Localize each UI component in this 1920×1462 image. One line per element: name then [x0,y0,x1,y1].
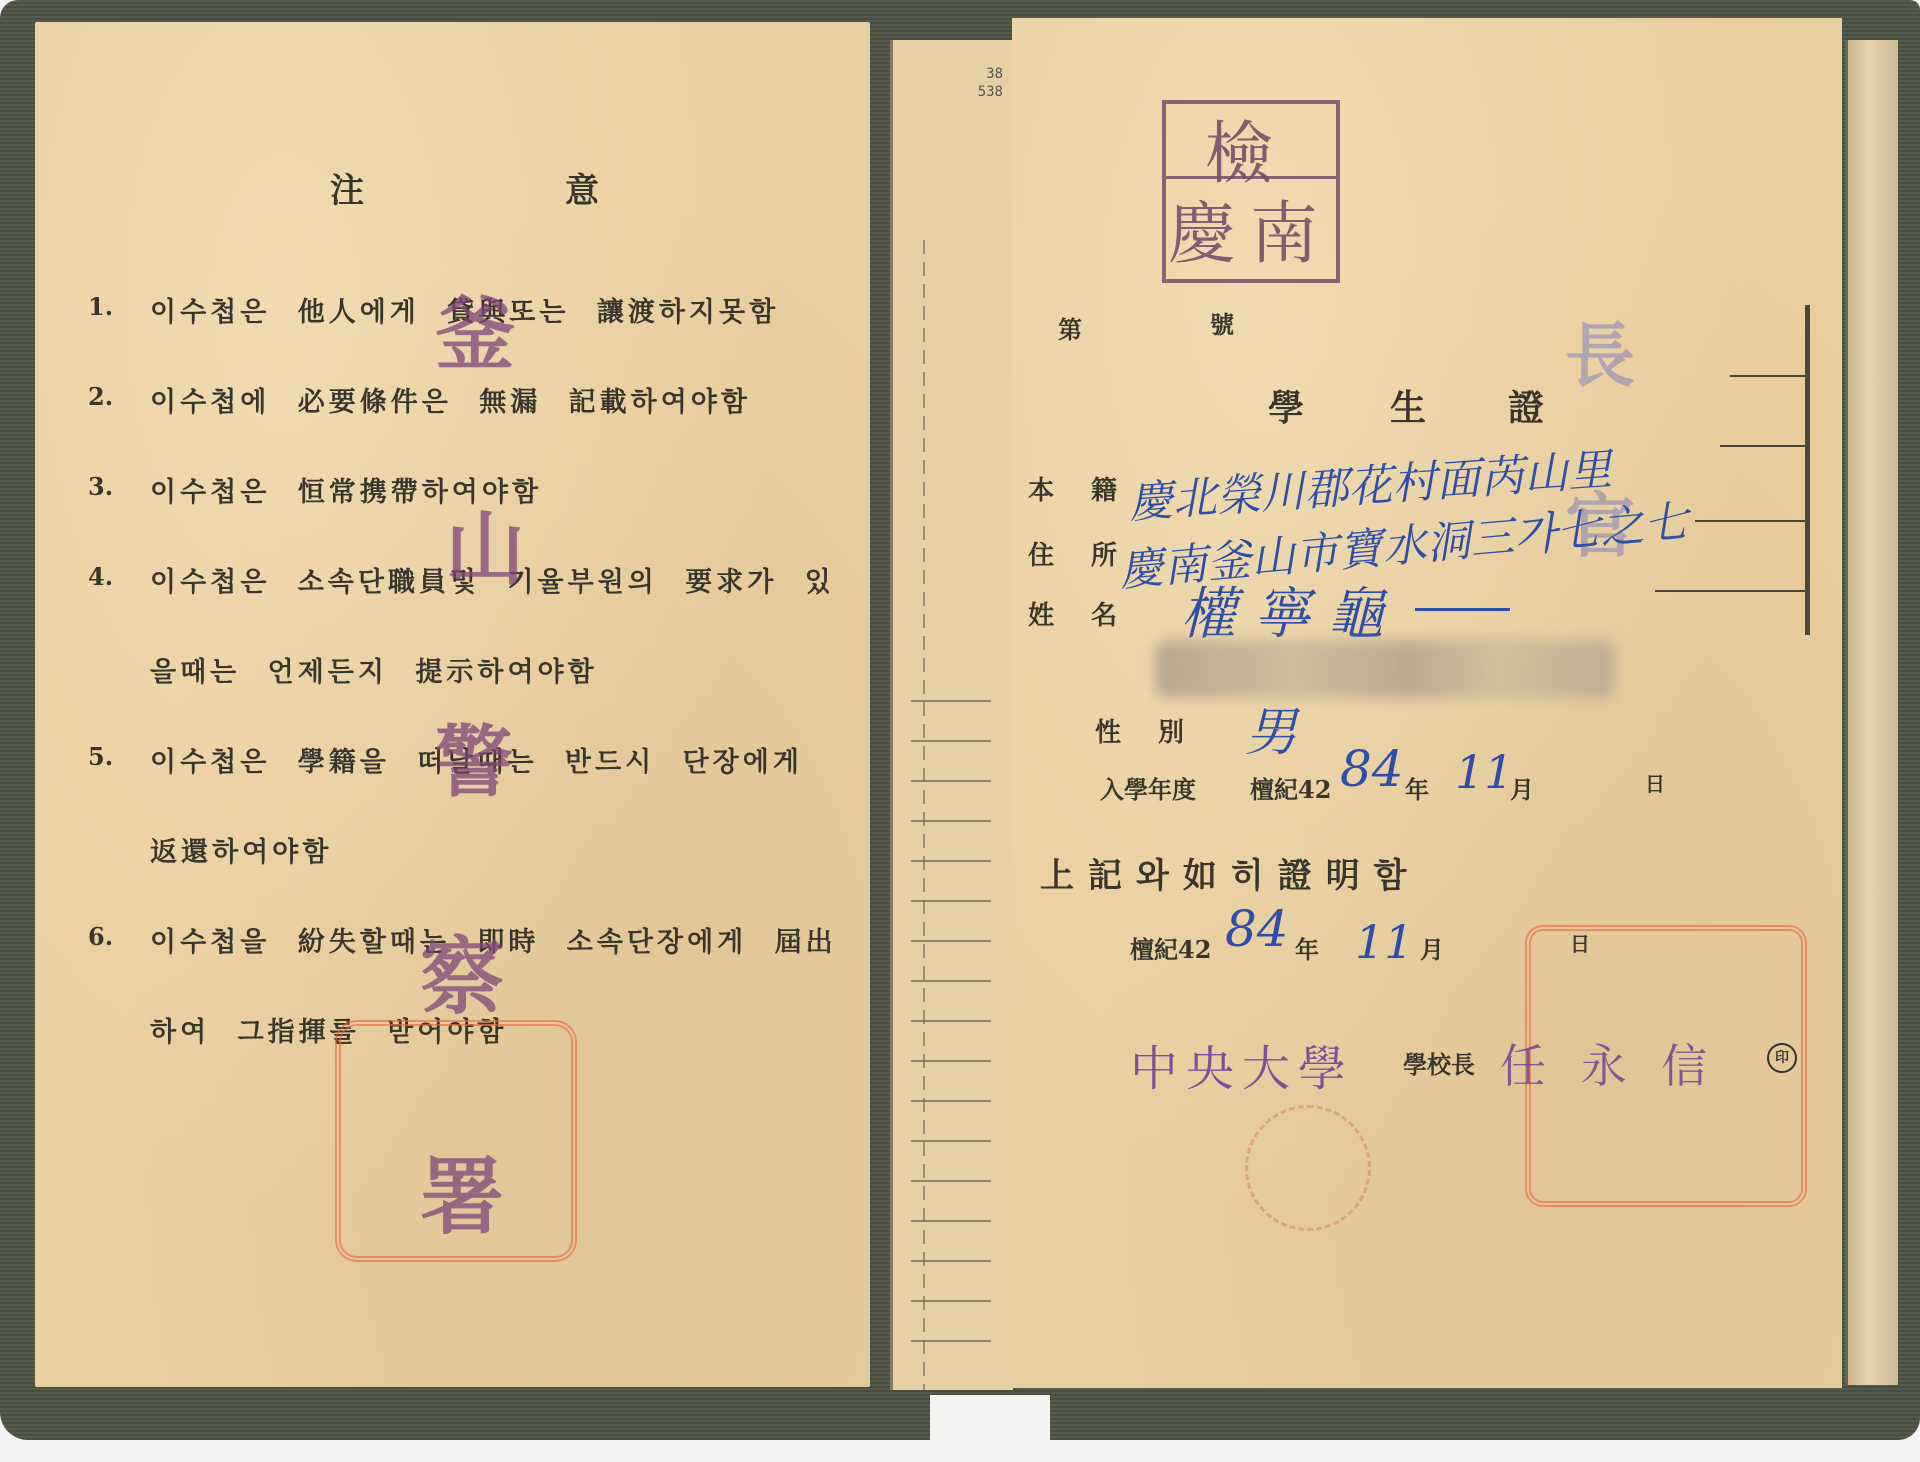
form-rule [1730,375,1805,377]
notice-item-number: 6. [88,922,113,951]
notice-heading-char-1: 注 [330,163,366,212]
notice-item-number: 3. [88,472,113,501]
principal-label: 學校長 [1403,1045,1475,1080]
name-underline-stroke [1415,608,1510,611]
spine-rule [911,1300,991,1302]
spine-rule [911,740,991,742]
inspection-stamp-char: 南 [1250,180,1318,277]
enrollment-label: 入學年度 [1100,770,1196,805]
spine-rule [911,1260,991,1262]
issue-month: 11 [1355,915,1414,969]
police-stamp-char: 釜 [435,270,515,385]
spine-rule [911,900,991,902]
domicile-label: 本 籍 [1028,470,1131,507]
gender-label: 性 別 [1095,712,1198,749]
form-rule [1695,520,1805,522]
inspection-stamp-char: 慶 [1168,180,1236,277]
notice-item-number: 4. [88,562,113,591]
faint-stamp-char: 長 [1565,300,1635,401]
form-rule [1655,590,1805,592]
number-label-suffix: 號 [1210,305,1234,340]
spine-rule [911,700,991,702]
spine-rule [911,820,991,822]
police-stamp-char: 山 [445,485,525,600]
police-stamp-char: 警 [435,700,513,812]
spine-number: 38 [978,65,1003,83]
issue-year: 84 [1225,900,1289,958]
spine-rule [911,1140,991,1142]
spine-rule [911,860,991,862]
spine-strip: 38 538 [890,40,1017,1390]
spine-rule [911,980,991,982]
spine-number: 538 [978,83,1003,101]
spine-dashed-line [923,240,925,1390]
spine-rule [911,940,991,942]
notice-item-text-continued: 返還하여야함 [150,830,332,869]
notice-heading-char-2: 意 [565,163,601,212]
name-label: 姓 名 [1028,595,1131,632]
redacted-field [1155,640,1615,698]
name-value: 權 寧 龜 [1180,570,1384,650]
enrollment-era: 檀紀42 [1250,770,1331,805]
spine-rule [911,1060,991,1062]
page-stack-edge [1845,40,1898,1385]
title-char: 證 [1508,380,1544,431]
spine-number-top: 38 538 [978,65,1003,101]
enrollment-day-unit: 日 [1645,768,1665,797]
enrollment-year-unit: 年 [1405,770,1429,805]
issue-year-unit: 年 [1295,930,1319,965]
red-seal-stamp [335,1020,577,1262]
background-gap [930,1395,1050,1455]
form-rule [1720,445,1805,447]
notice-item-number: 5. [88,742,113,771]
notice-item-number: 2. [88,382,113,411]
enrollment-year: 84 [1340,740,1404,798]
certification-statement: 上記와如히證明함 [1040,848,1421,897]
spine-rule [911,780,991,782]
title-char: 學 [1268,380,1304,431]
spine-rule [911,1020,991,1022]
enrollment-month-unit: 月 [1510,770,1534,805]
police-stamp-char: 察 [420,910,504,1031]
issue-month-unit: 月 [1420,930,1444,965]
enrollment-month: 11 [1455,745,1514,799]
spine-rule [911,1180,991,1182]
spine-rule [911,1220,991,1222]
issue-era: 檀紀42 [1130,930,1211,965]
notice-item-number: 1. [88,292,113,321]
school-name-stamp: 中央大學 [1130,1030,1354,1099]
form-grid-lines [1650,305,1810,635]
faded-round-seal [1245,1105,1371,1231]
principal-name-stamp: 任 永 信 [1500,1030,1717,1096]
notice-item-text: 이수첩에 必要條件은 無漏 記載하여야함 [150,380,751,419]
number-label-prefix: 第 [1058,310,1082,345]
spine-rule [911,1340,991,1342]
address-label: 住 所 [1028,535,1131,572]
title-char: 生 [1390,380,1426,431]
seal-mark-icon: 印 [1767,1043,1797,1073]
gender-value: 男 [1245,690,1297,765]
notice-item-text-continued: 을때는 언제든지 提示하여야함 [150,650,598,689]
spine-rule [911,1100,991,1102]
